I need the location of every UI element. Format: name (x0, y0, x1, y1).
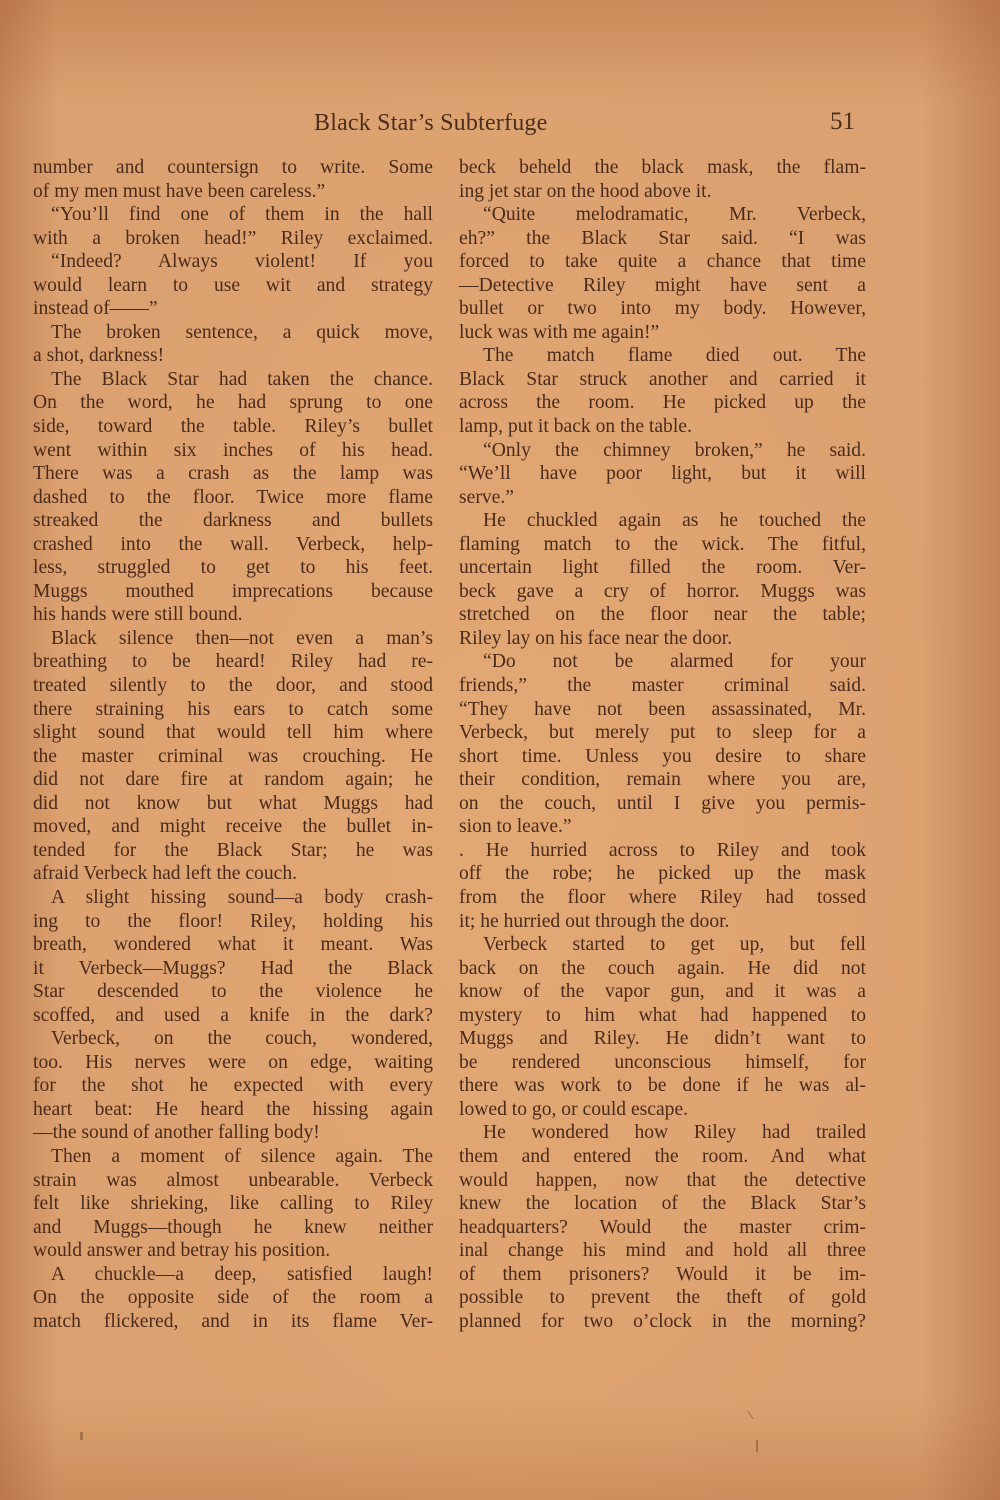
text-line: flaming match to the wick. The fitful, (459, 533, 866, 557)
paper-speck (756, 1440, 758, 1452)
text-line: know of the vapor gun, and it was a (459, 980, 866, 1004)
text-line: from the floor where Riley had tossed (459, 886, 866, 910)
text-line: A chuckle—a deep, satisfied laugh! (33, 1263, 433, 1287)
running-title: Black Star’s Subterfuge (314, 110, 547, 137)
text-line: Verbeck started to get up, but fell (459, 933, 866, 957)
text-line: beck gave a cry of horror. Muggs was (459, 580, 866, 604)
text-line: felt like shrieking, like calling to Ril… (33, 1192, 433, 1216)
text-line: ing to the floor! Riley, holding his (33, 910, 433, 934)
text-line: lamp, put it back on the table. (459, 415, 866, 439)
text-line: lowed to go, or could escape. (459, 1098, 866, 1122)
text-line: “Do not be alarmed for your (459, 650, 866, 674)
text-line: with a broken head!” Riley exclaimed. (33, 227, 433, 251)
text-line: uncertain light filled the room. Ver- (459, 556, 866, 580)
text-line: too. His nerves were on edge, waiting (33, 1051, 433, 1075)
text-line: his hands were still bound. (33, 603, 433, 627)
text-line: “We’ll have poor light, but it will (459, 462, 866, 486)
text-line: on the couch, until I give you permis- (459, 792, 866, 816)
text-line: dashed to the floor. Twice more flame (33, 486, 433, 510)
text-line: mystery to him what had happened to (459, 1004, 866, 1028)
text-line: did not know but what Muggs had (33, 792, 433, 816)
text-line: there straining his ears to catch some (33, 698, 433, 722)
text-line: “They have not been assassinated, Mr. (459, 698, 866, 722)
text-line: Riley lay on his face near the door. (459, 627, 866, 651)
text-line: He chuckled again as he touched the (459, 509, 866, 533)
text-line: a shot, darkness! (33, 344, 433, 368)
text-line: Black Star struck another and carried it (459, 368, 866, 392)
text-line: would learn to use wit and strategy (33, 274, 433, 298)
text-line: instead of——” (33, 297, 433, 321)
text-line: crashed into the wall. Verbeck, help- (33, 533, 433, 557)
text-line: breath, wondered what it meant. Was (33, 933, 433, 957)
text-line: A slight hissing sound—a body crash- (33, 886, 433, 910)
text-line: scoffed, and used a knife in the dark? (33, 1004, 433, 1028)
text-line: beck beheld the black mask, the flam- (459, 156, 866, 180)
text-line: “Quite melodramatic, Mr. Verbeck, (459, 203, 866, 227)
text-line: off the robe; he picked up the mask (459, 862, 866, 886)
text-line: The Black Star had taken the chance. (33, 368, 433, 392)
book-page: Black Star’s Subterfuge 51 number and co… (0, 0, 1000, 1500)
text-line: their condition, remain where you are, (459, 768, 866, 792)
page-number: 51 (830, 108, 855, 136)
text-line: On the word, he had sprung to one (33, 391, 433, 415)
text-line: side, toward the table. Riley’s bullet (33, 415, 433, 439)
text-line: of my men must have been careless.” (33, 180, 433, 204)
text-line: inal change his mind and hold all three (459, 1239, 866, 1263)
text-line: Black silence then—not even a man’s (33, 627, 433, 651)
text-line: would answer and betray his position. (33, 1239, 433, 1263)
text-line: He wondered how Riley had trailed (459, 1121, 866, 1145)
text-line: across the room. He picked up the (459, 391, 866, 415)
text-line: be rendered unconscious himself, for (459, 1051, 866, 1075)
text-line: and Muggs—though he knew neither (33, 1216, 433, 1240)
text-line: possible to prevent the theft of gold (459, 1286, 866, 1310)
paper-speck (80, 1432, 83, 1440)
text-line: . He hurried across to Riley and took (459, 839, 866, 863)
text-line: breathing to be heard! Riley had re- (33, 650, 433, 674)
text-line: sion to leave.” (459, 815, 866, 839)
text-line: afraid Verbeck had left the couch. (33, 862, 433, 886)
text-line: “You’ll find one of them in the hall (33, 203, 433, 227)
text-line: short time. Unless you desire to share (459, 745, 866, 769)
text-line: strain was almost unbearable. Verbeck (33, 1169, 433, 1193)
text-line: match flickered, and in its flame Ver- (33, 1310, 433, 1334)
text-line: streaked the darkness and bullets (33, 509, 433, 533)
text-line: there was work to be done if he was al- (459, 1074, 866, 1098)
text-line: luck was with me again!” (459, 321, 866, 345)
text-line: Star descended to the violence he (33, 980, 433, 1004)
text-line: Verbeck, but merely put to sleep for a (459, 721, 866, 745)
text-line: back on the couch again. He did not (459, 957, 866, 981)
text-line: The broken sentence, a quick move, (33, 321, 433, 345)
text-line: The match flame died out. The (459, 344, 866, 368)
running-head: Black Star’s Subterfuge 51 (0, 104, 1000, 144)
text-line: On the opposite side of the room a (33, 1286, 433, 1310)
text-line: Muggs and Riley. He didn’t want to (459, 1027, 866, 1051)
text-line: ing jet star on the hood above it. (459, 180, 866, 204)
text-column-left: number and countersign to write. Someof … (33, 156, 433, 1333)
text-line: —the sound of another falling body! (33, 1121, 433, 1145)
text-line: it Verbeck—Muggs? Had the Black (33, 957, 433, 981)
text-line: friends,” the master criminal said. (459, 674, 866, 698)
text-line: them and entered the room. And what (459, 1145, 866, 1169)
text-column-right: beck beheld the black mask, the flam-ing… (459, 156, 866, 1333)
text-line: went within six inches of his head. (33, 439, 433, 463)
paper-speck (747, 1411, 754, 1420)
text-line: Muggs mouthed imprecations because (33, 580, 433, 604)
text-line: planned for two o’clock in the morning? (459, 1310, 866, 1334)
text-line: moved, and might receive the bullet in- (33, 815, 433, 839)
text-line: Verbeck, on the couch, wondered, (33, 1027, 433, 1051)
text-line: slight sound that would tell him where (33, 721, 433, 745)
text-line: Then a moment of silence again. The (33, 1145, 433, 1169)
text-line: less, struggled to get to his feet. (33, 556, 433, 580)
text-line: would happen, now that the detective (459, 1169, 866, 1193)
text-line: There was a crash as the lamp was (33, 462, 433, 486)
text-line: —Detective Riley might have sent a (459, 274, 866, 298)
text-line: “Only the chimney broken,” he said. (459, 439, 866, 463)
text-line: heart beat: He heard the hissing again (33, 1098, 433, 1122)
text-line: treated silently to the door, and stood (33, 674, 433, 698)
text-line: the master criminal was crouching. He (33, 745, 433, 769)
text-line: eh?” the Black Star said. “I was (459, 227, 866, 251)
text-line: for the shot he expected with every (33, 1074, 433, 1098)
text-line: did not dare fire at random again; he (33, 768, 433, 792)
text-line: of them prisoners? Would it be im- (459, 1263, 866, 1287)
text-line: tended for the Black Star; he was (33, 839, 433, 863)
text-line: knew the location of the Black Star’s (459, 1192, 866, 1216)
text-line: serve.” (459, 486, 866, 510)
text-line: number and countersign to write. Some (33, 156, 433, 180)
text-line: forced to take quite a chance that time (459, 250, 866, 274)
text-line: it; he hurried out through the door. (459, 910, 866, 934)
text-line: headquarters? Would the master crim- (459, 1216, 866, 1240)
text-line: stretched on the floor near the table; (459, 603, 866, 627)
text-line: “Indeed? Always violent! If you (33, 250, 433, 274)
text-line: bullet or two into my body. However, (459, 297, 866, 321)
